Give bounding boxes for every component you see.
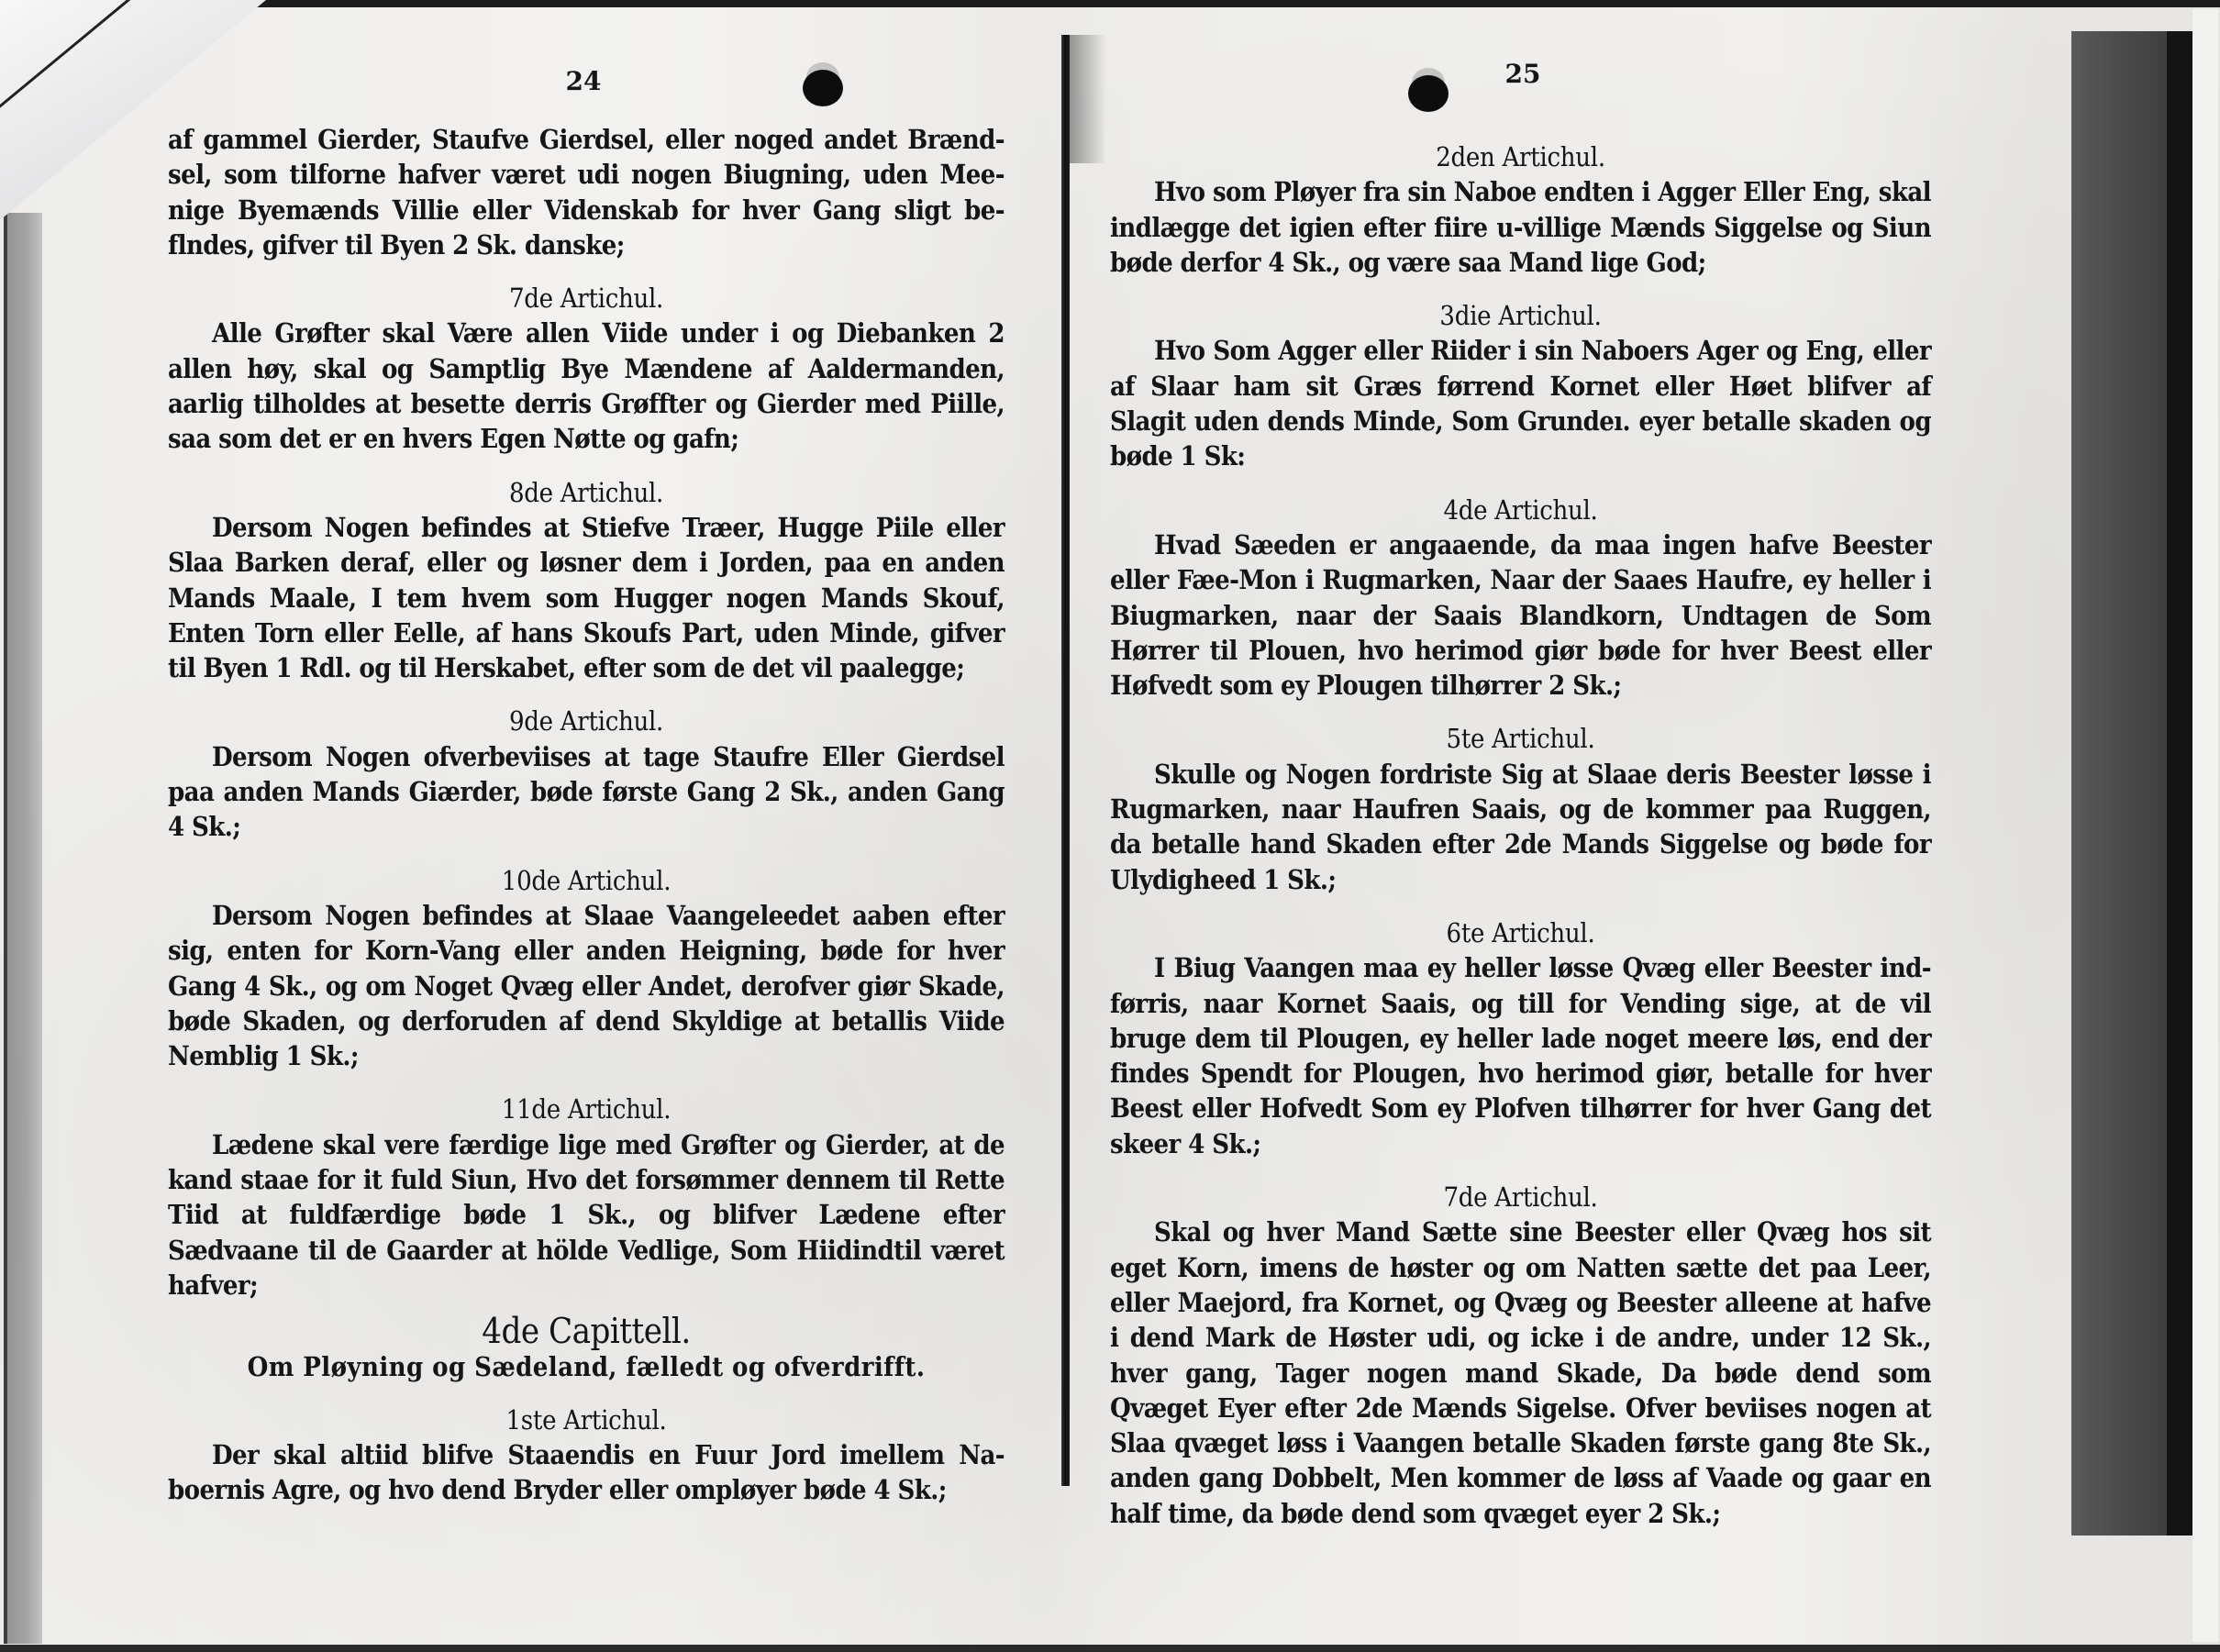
article-paragraph: Skulle og Nogen fordriste Sig at Slaae d… [1110, 757, 1931, 897]
scan-top-border [0, 0, 2220, 7]
punch-hole-left [803, 70, 843, 106]
paragraph-text: Skal og hver Mand Sætte sine Beester ell… [1110, 1216, 1931, 1528]
punch-hole-right [1408, 75, 1449, 112]
book-spine-gutter [1061, 35, 1070, 1486]
scan-bottom-border [0, 1645, 2220, 1652]
paragraph-text: Hvad Sæeden er angaaende, da maa ingen h… [1110, 529, 1931, 701]
article-paragraph: Dersom Nogen befindes at Stiefve Træer, … [168, 510, 1005, 685]
spacer [168, 1073, 1005, 1092]
paragraph-text: Dersom Nogen befindes at Stiefve Træer, … [168, 512, 1005, 683]
spacer [168, 457, 1005, 475]
paragraph-text: Hvo Som Agger eller Riider i sin Naboers… [1110, 335, 1931, 471]
paragraph-text: Lædene skal vere færdige lige med Grøfte… [168, 1129, 1005, 1301]
binder-outer-edge [2192, 9, 2218, 1642]
article-paragraph: Hvo Som Agger eller Riider i sin Naboers… [1110, 333, 1931, 473]
chapter-heading: 4de Capittell. [168, 1314, 1005, 1348]
article-heading: 8de Artichul. [168, 475, 1005, 510]
spacer [1110, 897, 1931, 915]
page-number-right: 25 [1477, 59, 1569, 89]
chapter-subtitle: Om Pløyning og Sædeland, fælledt og ofve… [168, 1349, 1005, 1384]
spacer [1110, 703, 1931, 721]
paragraph-text: Der skal altiid blifve Staaendis en Fuur… [168, 1439, 1005, 1505]
article-paragraph: Dersom Nogen ofverbeviises at tage Stauf… [168, 739, 1005, 845]
paragraph-text: Dersom Nogen ofverbeviises at tage Stauf… [168, 741, 1005, 843]
paragraph-text: af gammel Gierder, Staufve Gierdsel, ell… [168, 124, 1005, 261]
article-heading: 7de Artichul. [168, 281, 1005, 316]
article-paragraph: Alle Grøfter skal Være allen Viide under… [168, 316, 1005, 456]
article-heading: 3die Artichul. [1110, 298, 1931, 333]
article-heading: 2den Artichul. [1110, 139, 1931, 174]
paragraph-text: Alle Grøfter skal Være allen Viide under… [168, 317, 1005, 454]
article-paragraph: Lædene skal vere færdige lige med Grøfte… [168, 1127, 1005, 1303]
article-paragraph: I Biug Vaangen maa ey heller løsse Qvæg … [1110, 950, 1931, 1161]
article-paragraph: af gammel Gierder, Staufve Gierdsel, ell… [168, 122, 1005, 262]
spacer [168, 845, 1005, 863]
article-heading: 4de Artichul. [1110, 493, 1931, 527]
article-paragraph: Skal og hver Mand Sætte sine Beester ell… [1110, 1214, 1931, 1531]
article-heading: 10de Artichul. [168, 863, 1005, 898]
paragraph-text: I Biug Vaangen maa ey heller løsse Qvæg … [1110, 952, 1931, 1159]
spacer [168, 1384, 1005, 1403]
binder-edge-dark [2167, 31, 2192, 1536]
article-paragraph: Hvad Sæeden er angaaende, da maa ingen h… [1110, 527, 1931, 703]
article-paragraph: Hvo som Pløyer fra sin Naboe endten i Ag… [1110, 174, 1931, 280]
article-heading: 9de Artichul. [168, 704, 1005, 738]
binder-edge-gray [2071, 31, 2172, 1536]
spacer [1110, 474, 1931, 493]
article-heading: 7de Artichul. [1110, 1180, 1931, 1214]
article-paragraph: Dersom Nogen befindes at Slaae Vaangelee… [168, 898, 1005, 1073]
spacer [1110, 1161, 1931, 1180]
left-page-text: af gammel Gierder, Staufve Gierdsel, ell… [168, 122, 1005, 1508]
spacer [168, 685, 1005, 704]
article-paragraph: Der skal altiid blifve Staaendis en Fuur… [168, 1437, 1005, 1508]
spacer [168, 262, 1005, 281]
article-heading: 6te Artichul. [1110, 915, 1931, 950]
right-page-text: 2den Artichul.Hvo som Pløyer fra sin Nab… [1110, 121, 1931, 1531]
article-heading: 5te Artichul. [1110, 721, 1931, 756]
left-page-edge-shadow [4, 213, 42, 1644]
article-heading: 11de Artichul. [168, 1092, 1005, 1126]
paragraph-text: Dersom Nogen befindes at Slaae Vaangelee… [168, 900, 1005, 1071]
paragraph-text: Hvo som Pløyer fra sin Naboe endten i Ag… [1110, 176, 1931, 278]
gutter-shadow [1070, 35, 1106, 163]
spacer [1110, 280, 1931, 298]
paragraph-text: Skulle og Nogen fordriste Sig at Slaae d… [1110, 759, 1931, 895]
article-heading: 1ste Artichul. [168, 1403, 1005, 1437]
spacer [1110, 121, 1931, 139]
page-number-left: 24 [538, 66, 629, 96]
